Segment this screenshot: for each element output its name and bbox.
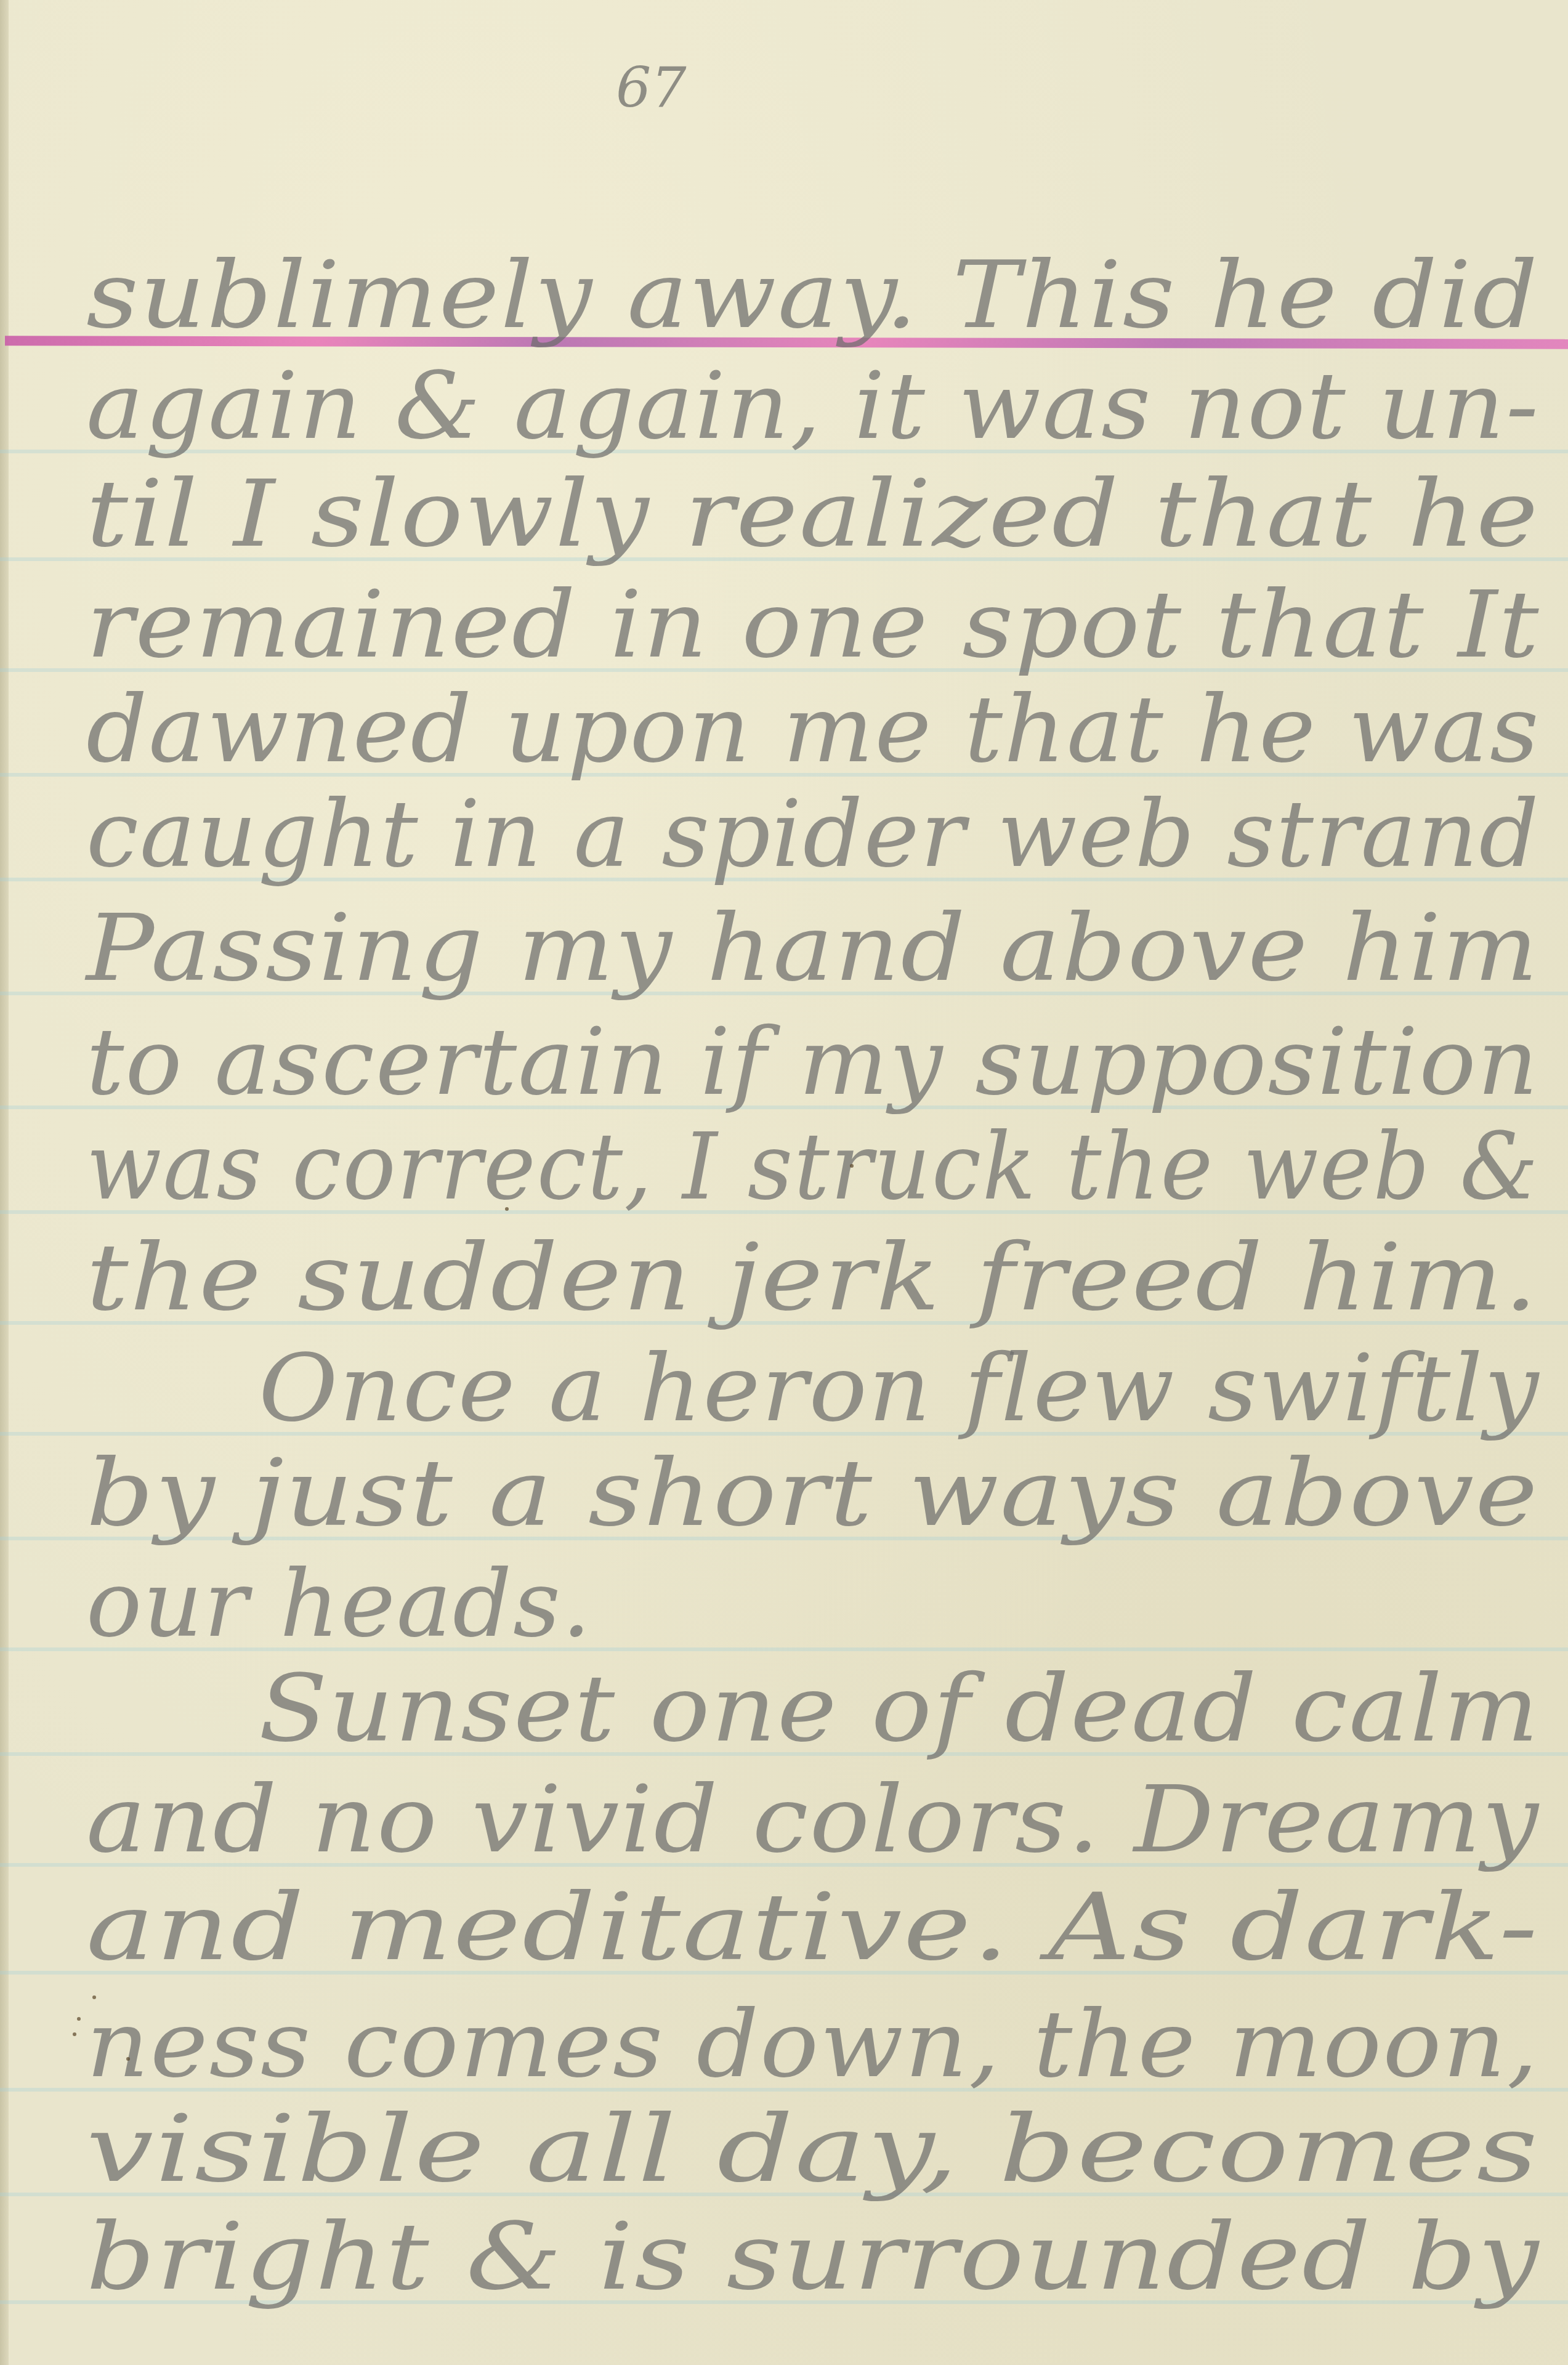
handwritten-line: the sudden jerk freed him.	[86, 1232, 1539, 1324]
paper-speck	[505, 1207, 509, 1211]
handwritten-line: bright & is surrounded by	[86, 2211, 1540, 2303]
handwritten-line: dawned upon me that he was	[86, 684, 1540, 776]
handwritten-line: remained in one spot that It	[86, 579, 1540, 671]
paper-speck	[126, 2057, 130, 2061]
handwritten-line: our heads.	[86, 1558, 592, 1651]
handwritten-line: again & again, it was not un-	[86, 360, 1540, 453]
paper-speck	[92, 1995, 96, 1999]
handwritten-line: sublimely away. This he did	[86, 249, 1539, 342]
handwritten-line: til I slowly realized that he	[86, 468, 1539, 560]
handwritten-line: and meditative. As dark-	[86, 1882, 1539, 1974]
paper-speck	[850, 1164, 854, 1168]
handwritten-line: was correct, I struck the web &	[86, 1121, 1540, 1213]
paper-speck	[73, 2032, 76, 2036]
handwritten-line: and no vivid colors. Dreamy	[86, 1774, 1540, 1866]
page-binding-edge	[0, 0, 9, 2365]
handwritten-line: caught in a spider web strand	[86, 788, 1540, 881]
handwritten-line: to ascertain if my supposition	[86, 1016, 1539, 1109]
handwritten-line: Sunset one of dead calm	[259, 1663, 1540, 1755]
handwritten-line: ness comes down, the moon,	[86, 1999, 1539, 2091]
handwritten-line: by just a short ways above	[86, 1447, 1539, 1540]
handwritten-line: visible all day, becomes	[86, 2103, 1539, 2196]
page-number: 67	[616, 55, 687, 120]
handwritten-line: Once a heron flew swiftly	[259, 1343, 1540, 1435]
handwritten-line: Passing my hand above him	[86, 902, 1539, 995]
paper-speck	[77, 2017, 81, 2021]
notebook-page: 67 sublimely away. This he did again & a…	[0, 0, 1568, 2365]
